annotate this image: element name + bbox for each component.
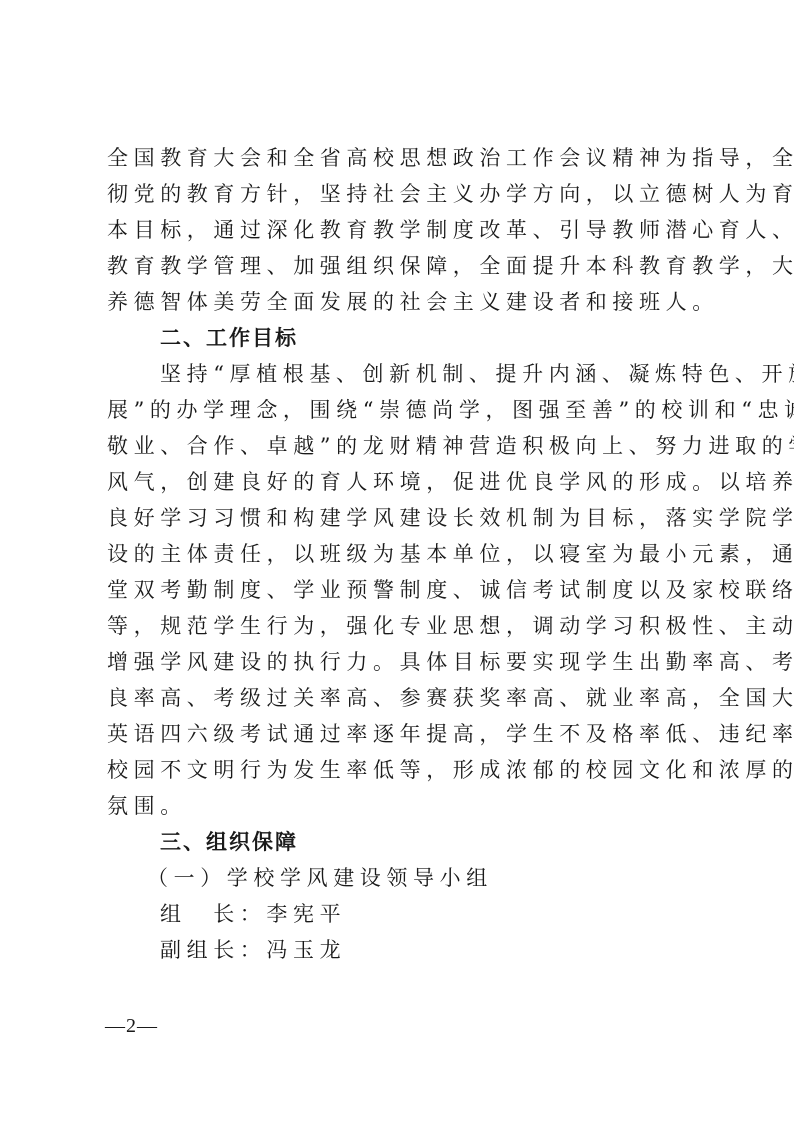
work-goals-paragraph: 坚持“厚植根基、创新机制、提升内涵、凝炼特色、开放发 展”的办学理念，围绕“崇德… (107, 356, 697, 824)
section-heading-organization: 三、组织保障 (107, 824, 697, 860)
paragraph-line: 良好学习习惯和构建学风建设长效机制为目标，落实学院学风建 (107, 500, 697, 536)
paragraph-line: 等，规范学生行为，强化专业思想，调动学习积极性、主动性， (107, 608, 697, 644)
paragraph-line: 校园不文明行为发生率低等，形成浓郁的校园文化和浓厚的学习 (107, 752, 697, 788)
paragraph-line: 养德智体美劳全面发展的社会主义建设者和接班人。 (107, 284, 697, 320)
page-number: —2— (105, 1012, 158, 1040)
paragraph-line: 英语四六级考试通过率逐年提高，学生不及格率低、违纪率低、 (107, 716, 697, 752)
paragraph-line: 氛围。 (107, 788, 697, 824)
paragraph-line: 增强学风建设的执行力。具体目标要实现学生出勤率高、考试优 (107, 644, 697, 680)
continuation-paragraph: 全国教育大会和全省高校思想政治工作会议精神为指导，全面贯 彻党的教育方针，坚持社… (107, 140, 697, 320)
group-leader: 组 长：李宪平 (107, 896, 697, 932)
paragraph-line: 本目标，通过深化教育教学制度改革、引导教师潜心育人、严格 (107, 212, 697, 248)
paragraph-line: 风气，创建良好的育人环境，促进优良学风的形成。以培养学生 (107, 464, 697, 500)
paragraph-line: 设的主体责任，以班级为基本单位，以寝室为最小元素，通过课 (107, 536, 697, 572)
document-body: 全国教育大会和全省高校思想政治工作会议精神为指导，全面贯 彻党的教育方针，坚持社… (107, 140, 697, 968)
paragraph-line: 彻党的教育方针，坚持社会主义办学方向，以立德树人为育人根 (107, 176, 697, 212)
deputy-group-leader: 副组长：冯玉龙 (107, 932, 697, 968)
paragraph-line: 教育教学管理、加强组织保障，全面提升本科教育教学，大力培 (107, 248, 697, 284)
paragraph-line: 展”的办学理念，围绕“崇德尚学，图强至善”的校训和“忠诚、 (107, 392, 697, 428)
paragraph-line: 堂双考勤制度、学业预警制度、诚信考试制度以及家校联络制度 (107, 572, 697, 608)
paragraph-line: 坚持“厚植根基、创新机制、提升内涵、凝炼特色、开放发 (107, 356, 697, 392)
subsection-heading-leadership-group: （一）学校学风建设领导小组 (107, 860, 697, 896)
paragraph-line: 良率高、考级过关率高、参赛获奖率高、就业率高，全国大学生 (107, 680, 697, 716)
section-heading-work-goals: 二、工作目标 (107, 320, 697, 356)
paragraph-line: 敬业、合作、卓越”的龙财精神营造积极向上、努力进取的学习 (107, 428, 697, 464)
document-page: 全国教育大会和全省高校思想政治工作会议精神为指导，全面贯 彻党的教育方针，坚持社… (0, 0, 794, 1123)
paragraph-line: 全国教育大会和全省高校思想政治工作会议精神为指导，全面贯 (107, 140, 697, 176)
